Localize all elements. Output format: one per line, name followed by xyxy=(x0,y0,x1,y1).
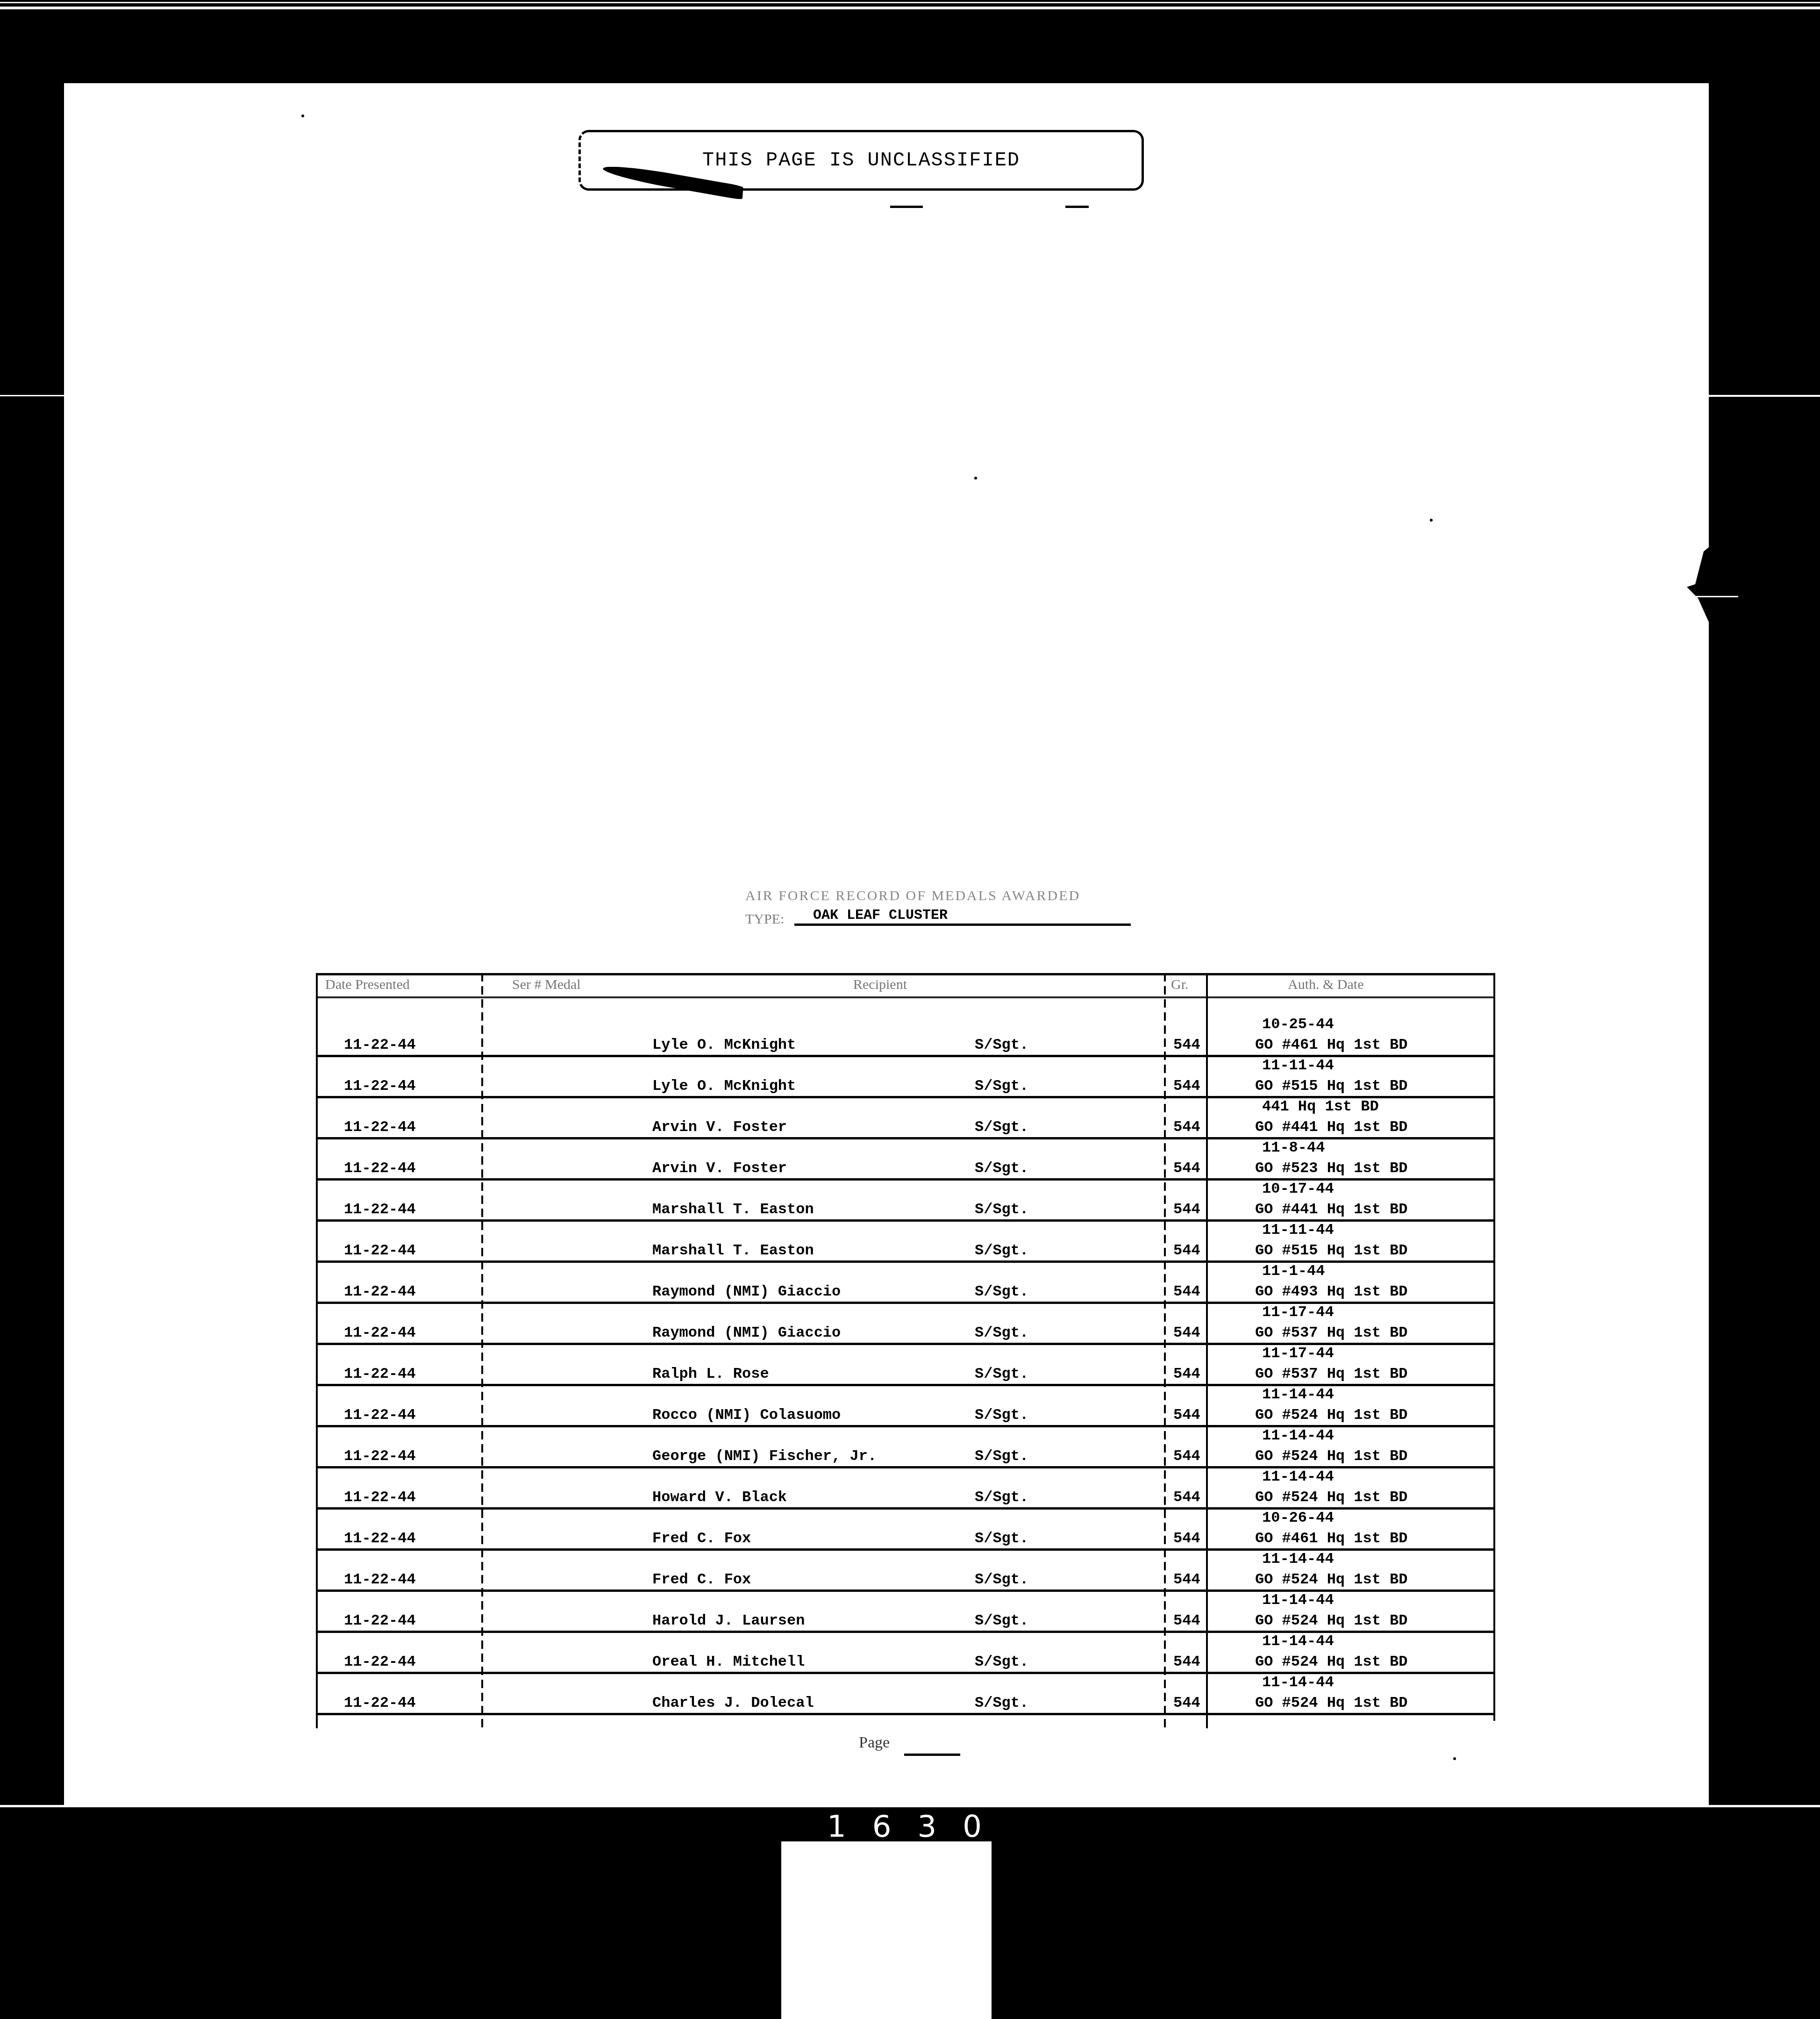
date-presented-cell: 11-22-44 xyxy=(344,1694,416,1711)
date-presented-cell: 11-22-44 xyxy=(344,1118,416,1136)
group-cell: 544 xyxy=(1173,1530,1200,1547)
date-presented-cell: 11-22-44 xyxy=(344,1283,416,1300)
authority-date-cell: 11-11-44 xyxy=(1262,1057,1334,1074)
date-presented-cell: 11-22-44 xyxy=(344,1530,416,1547)
group-cell: 544 xyxy=(1173,1365,1200,1382)
grade-cell: S/Sgt. xyxy=(975,1118,1028,1136)
page-number-blank xyxy=(904,1754,960,1756)
table-row: 11-22-44Lyle O. McKnightS/Sgt.54411-11-4… xyxy=(316,1056,1495,1098)
group-cell: 544 xyxy=(1173,1118,1200,1136)
authority-date-cell: 11-14-44 xyxy=(1262,1386,1334,1403)
header-gr: Gr. xyxy=(1171,977,1189,993)
grade-cell: S/Sgt. xyxy=(975,1406,1028,1424)
group-cell: 544 xyxy=(1173,1612,1200,1629)
authority-date-cell: 11-14-44 xyxy=(1262,1427,1334,1444)
table-row: 11-22-44Harold J. LaursenS/Sgt.54411-14-… xyxy=(316,1591,1495,1633)
recipient-name-cell: Fred C. Fox xyxy=(652,1571,751,1588)
authority-order-cell: GO #524 Hq 1st BD xyxy=(1255,1447,1407,1465)
authority-date-cell: 11-14-44 xyxy=(1262,1550,1334,1568)
group-cell: 544 xyxy=(1173,1489,1200,1506)
group-cell: 544 xyxy=(1173,1077,1200,1095)
group-cell: 544 xyxy=(1173,1694,1200,1711)
recipient-name-cell: Oreal H. Mitchell xyxy=(652,1653,805,1670)
document-type-label: TYPE: xyxy=(745,911,784,927)
authority-date-cell: 11-17-44 xyxy=(1262,1345,1334,1362)
authority-order-cell: GO #537 Hq 1st BD xyxy=(1255,1365,1407,1382)
grade-cell: S/Sgt. xyxy=(975,1694,1028,1711)
table-row: 11-22-44Lyle O. McKnightS/Sgt.54410-25-4… xyxy=(316,1015,1495,1057)
grade-cell: S/Sgt. xyxy=(975,1201,1028,1218)
authority-order-cell: GO #524 Hq 1st BD xyxy=(1255,1571,1407,1588)
authority-date-cell: 441 Hq 1st BD xyxy=(1262,1098,1379,1115)
date-presented-cell: 11-22-44 xyxy=(344,1242,416,1259)
date-presented-cell: 11-22-44 xyxy=(344,1447,416,1465)
date-presented-cell: 11-22-44 xyxy=(344,1036,416,1053)
authority-order-cell: GO #524 Hq 1st BD xyxy=(1255,1653,1407,1670)
ink-mark xyxy=(1065,206,1089,208)
grade-cell: S/Sgt. xyxy=(975,1365,1028,1382)
date-presented-cell: 11-22-44 xyxy=(344,1489,416,1506)
grade-cell: S/Sgt. xyxy=(975,1653,1028,1670)
recipient-name-cell: George (NMI) Fischer, Jr. xyxy=(652,1447,877,1465)
group-cell: 544 xyxy=(1173,1201,1200,1218)
grade-cell: S/Sgt. xyxy=(975,1489,1028,1506)
date-presented-cell: 11-22-44 xyxy=(344,1365,416,1382)
scan-streak xyxy=(0,7,1820,9)
grade-cell: S/Sgt. xyxy=(975,1283,1028,1300)
recipient-name-cell: Lyle O. McKnight xyxy=(652,1077,796,1095)
recipient-name-cell: Harold J. Laursen xyxy=(652,1612,805,1629)
authority-date-cell: 10-26-44 xyxy=(1262,1509,1334,1526)
date-presented-cell: 11-22-44 xyxy=(344,1201,416,1218)
group-cell: 544 xyxy=(1173,1406,1200,1424)
ink-mark xyxy=(890,206,923,208)
authority-order-cell: GO #461 Hq 1st BD xyxy=(1255,1530,1407,1547)
table-row: 11-22-44Howard V. BlackS/Sgt.54411-14-44… xyxy=(316,1468,1495,1510)
table-row: 11-22-44Marshall T. EastonS/Sgt.54411-11… xyxy=(316,1221,1495,1263)
recipient-name-cell: Charles J. Dolecal xyxy=(652,1694,814,1711)
date-presented-cell: 11-22-44 xyxy=(344,1406,416,1424)
table-row: 11-22-44Raymond (NMI) GiaccioS/Sgt.54411… xyxy=(316,1262,1495,1304)
table-row: 11-22-44Arvin V. FosterS/Sgt.544441 Hq 1… xyxy=(316,1097,1495,1139)
recipient-name-cell: Marshall T. Easton xyxy=(652,1242,814,1259)
authority-date-cell: 10-25-44 xyxy=(1262,1016,1334,1033)
table-row: 11-22-44Raymond (NMI) GiaccioS/Sgt.54411… xyxy=(316,1303,1495,1345)
authority-order-cell: GO #441 Hq 1st BD xyxy=(1255,1201,1407,1218)
header-auth-date: Auth. & Date xyxy=(1288,977,1363,993)
table-row: 11-22-44George (NMI) Fischer, Jr.S/Sgt.5… xyxy=(316,1426,1495,1468)
authority-order-cell: GO #537 Hq 1st BD xyxy=(1255,1324,1407,1341)
date-presented-cell: 11-22-44 xyxy=(344,1160,416,1177)
authority-date-cell: 11-17-44 xyxy=(1262,1303,1334,1321)
authority-order-cell: GO #524 Hq 1st BD xyxy=(1255,1489,1407,1506)
authority-order-cell: GO #515 Hq 1st BD xyxy=(1255,1077,1407,1095)
group-cell: 544 xyxy=(1173,1447,1200,1465)
authority-date-cell: 11-14-44 xyxy=(1262,1591,1334,1609)
table-top-rule xyxy=(316,973,1495,975)
grade-cell: S/Sgt. xyxy=(975,1324,1028,1341)
scan-speck xyxy=(301,115,304,117)
authority-date-cell: 11-11-44 xyxy=(1262,1221,1334,1239)
microfilm-frame-label xyxy=(781,1841,992,2019)
medals-table: Date Presented Ser # Medal Recipient Gr.… xyxy=(316,973,1495,1728)
document-type-value: OAK LEAF CLUSTER xyxy=(794,908,1131,926)
document-title: AIR FORCE RECORD OF MEDALS AWARDED xyxy=(745,888,1080,904)
authority-order-cell: GO #515 Hq 1st BD xyxy=(1255,1242,1407,1259)
group-cell: 544 xyxy=(1173,1242,1200,1259)
recipient-name-cell: Ralph L. Rose xyxy=(652,1365,769,1382)
group-cell: 544 xyxy=(1173,1160,1200,1177)
date-presented-cell: 11-22-44 xyxy=(344,1612,416,1629)
header-recipient: Recipient xyxy=(853,977,907,993)
grade-cell: S/Sgt. xyxy=(975,1530,1028,1547)
table-row: 11-22-44Ralph L. RoseS/Sgt.54411-17-44GO… xyxy=(316,1344,1495,1386)
date-presented-cell: 11-22-44 xyxy=(344,1653,416,1670)
recipient-name-cell: Arvin V. Foster xyxy=(652,1118,787,1136)
authority-order-cell: GO #523 Hq 1st BD xyxy=(1255,1160,1407,1177)
scan-line xyxy=(1692,395,1820,397)
scan-speck xyxy=(1430,519,1433,522)
table-row: 11-22-44Fred C. FoxS/Sgt.54410-26-44GO #… xyxy=(316,1509,1495,1551)
grade-cell: S/Sgt. xyxy=(975,1160,1028,1177)
page-label: Page xyxy=(859,1734,890,1752)
header-serial-medal: Ser # Medal xyxy=(512,977,581,993)
grade-cell: S/Sgt. xyxy=(975,1447,1028,1465)
table-row: 11-22-44Rocco (NMI) ColasuomoS/Sgt.54411… xyxy=(316,1385,1495,1427)
authority-order-cell: GO #524 Hq 1st BD xyxy=(1255,1406,1407,1424)
grade-cell: S/Sgt. xyxy=(975,1077,1028,1095)
scan-line xyxy=(1692,596,1738,597)
grade-cell: S/Sgt. xyxy=(975,1036,1028,1053)
recipient-name-cell: Arvin V. Foster xyxy=(652,1160,787,1177)
header-rule xyxy=(316,996,1495,998)
scan-speck xyxy=(974,477,977,480)
date-presented-cell: 11-22-44 xyxy=(344,1324,416,1341)
authority-order-cell: GO #524 Hq 1st BD xyxy=(1255,1612,1407,1629)
scan-line xyxy=(0,395,64,396)
scan-line xyxy=(0,1805,1820,1807)
recipient-name-cell: Howard V. Black xyxy=(652,1489,787,1506)
date-presented-cell: 11-22-44 xyxy=(344,1077,416,1095)
group-cell: 544 xyxy=(1173,1283,1200,1300)
scanner-edge xyxy=(0,0,1820,11)
scan-streak xyxy=(0,2,1820,3)
recipient-name-cell: Lyle O. McKnight xyxy=(652,1036,796,1053)
table-row: 11-22-44Arvin V. FosterS/Sgt.54411-8-44G… xyxy=(316,1138,1495,1181)
scan-speck xyxy=(168,1926,171,1928)
authority-date-cell: 11-1-44 xyxy=(1262,1262,1325,1280)
recipient-name-cell: Marshall T. Easton xyxy=(652,1201,814,1218)
recipient-name-cell: Fred C. Fox xyxy=(652,1530,751,1547)
header-date-presented: Date Presented xyxy=(325,977,410,993)
authority-date-cell: 11-14-44 xyxy=(1262,1632,1334,1650)
recipient-name-cell: Rocco (NMI) Colasuomo xyxy=(652,1406,841,1424)
group-cell: 544 xyxy=(1173,1036,1200,1053)
table-row: 11-22-44Oreal H. MitchellS/Sgt.54411-14-… xyxy=(316,1632,1495,1674)
group-cell: 544 xyxy=(1173,1324,1200,1341)
authority-order-cell: GO #441 Hq 1st BD xyxy=(1255,1118,1407,1136)
table-row: 11-22-44Charles J. DolecalS/Sgt.54411-14… xyxy=(316,1673,1495,1715)
group-cell: 544 xyxy=(1173,1653,1200,1670)
group-cell: 544 xyxy=(1173,1571,1200,1588)
classification-text: THIS PAGE IS UNCLASSIFIED xyxy=(702,149,1020,172)
authority-date-cell: 11-14-44 xyxy=(1262,1674,1334,1691)
recipient-name-cell: Raymond (NMI) Giaccio xyxy=(652,1324,841,1341)
row-rule xyxy=(316,1713,1495,1715)
authority-order-cell: GO #524 Hq 1st BD xyxy=(1255,1694,1407,1711)
authority-order-cell: GO #493 Hq 1st BD xyxy=(1255,1283,1407,1300)
scan-speck xyxy=(1453,1757,1456,1760)
authority-date-cell: 11-8-44 xyxy=(1262,1139,1325,1156)
table-row: 11-22-44Fred C. FoxS/Sgt.54411-14-44GO #… xyxy=(316,1550,1495,1592)
microfilm-frame-number: 1630 xyxy=(827,1810,1008,1844)
grade-cell: S/Sgt. xyxy=(975,1242,1028,1259)
grade-cell: S/Sgt. xyxy=(975,1612,1028,1629)
authority-order-cell: GO #461 Hq 1st BD xyxy=(1255,1036,1407,1053)
authority-date-cell: 10-17-44 xyxy=(1262,1180,1334,1197)
grade-cell: S/Sgt. xyxy=(975,1571,1028,1588)
recipient-name-cell: Raymond (NMI) Giaccio xyxy=(652,1283,841,1300)
table-row: 11-22-44Marshall T. EastonS/Sgt.54410-17… xyxy=(316,1180,1495,1222)
date-presented-cell: 11-22-44 xyxy=(344,1571,416,1588)
authority-date-cell: 11-14-44 xyxy=(1262,1468,1334,1485)
